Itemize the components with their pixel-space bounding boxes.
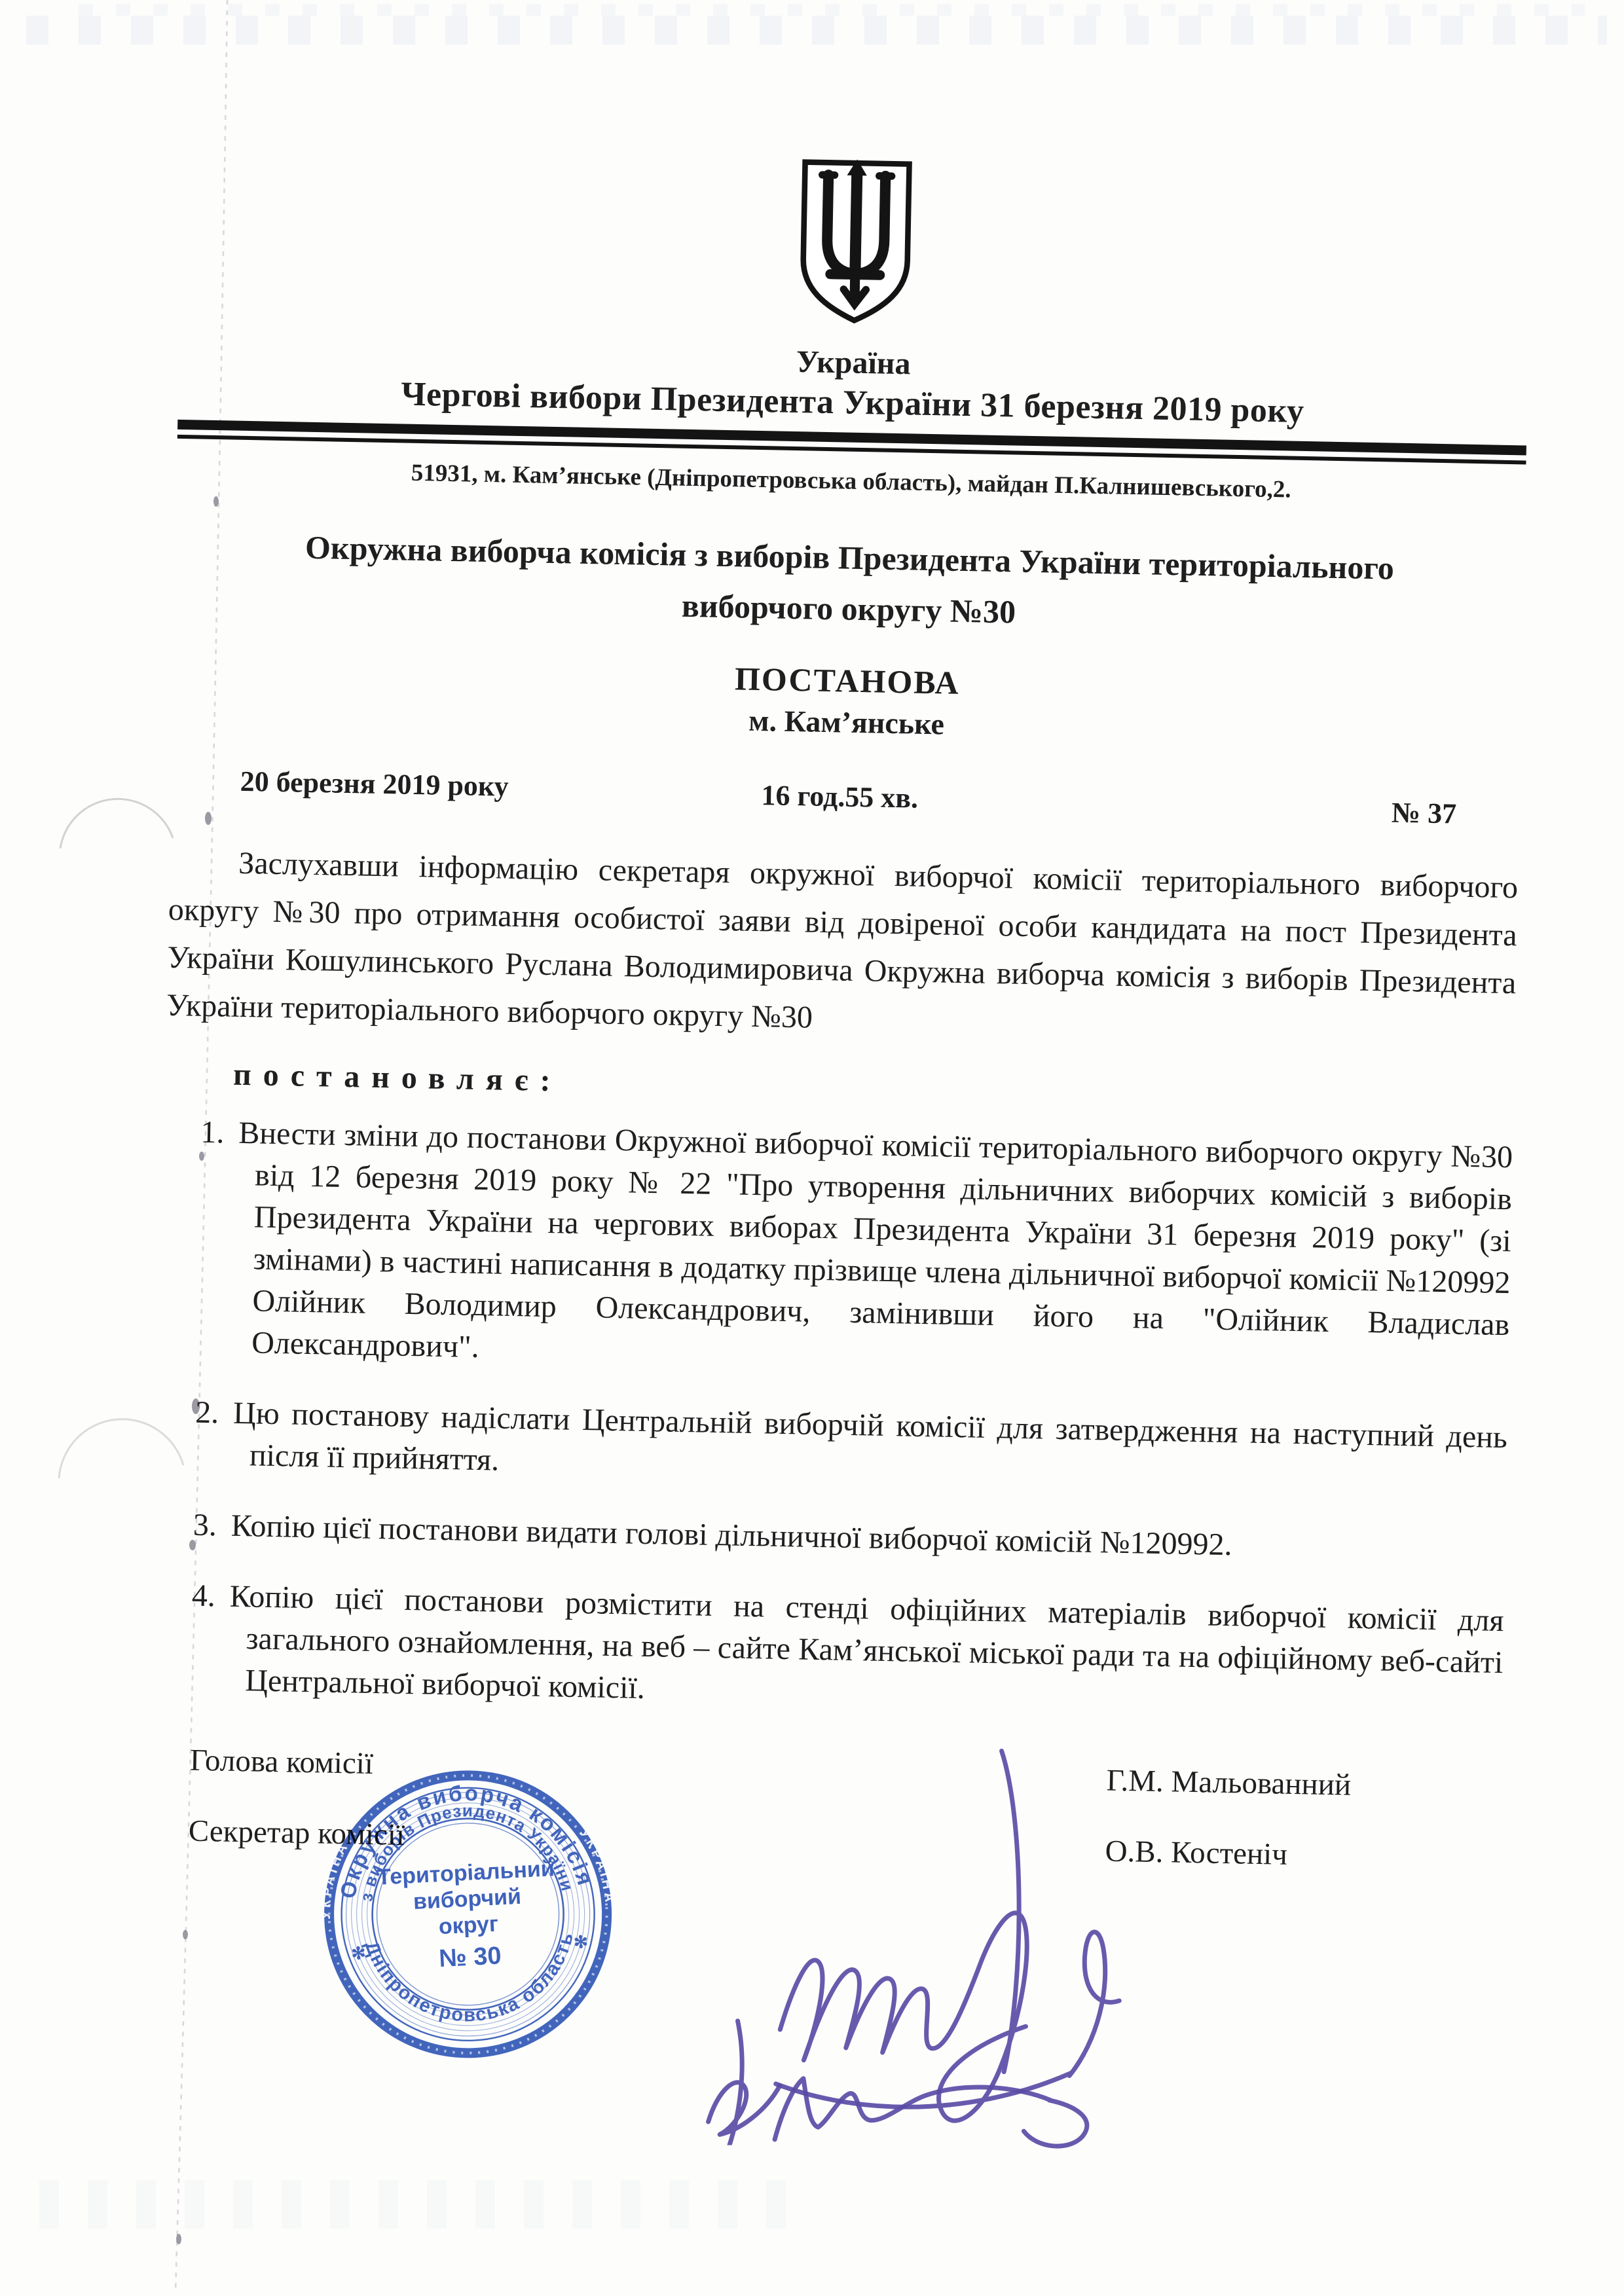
stamp-center-line4: № 30: [438, 1942, 502, 1973]
stamp-star-right-icon: ✻: [573, 1932, 588, 1952]
resolution-item-2: 2.Цю постанову надіслати Центральній виб…: [157, 1391, 1507, 1501]
stamp-center-text: Територіальний виборчий округ № 30: [377, 1856, 559, 1975]
document-number: № 37: [1391, 796, 1456, 831]
scanned-document-page: Україна Чергові вибори Президента Україн…: [0, 0, 1624, 2296]
stamp-center-line3: округ: [438, 1912, 499, 1940]
date-row: 20 березня 2019 року 16 год.55 хв. № 37: [170, 763, 1520, 831]
resolution-item-3: 3.Копію цієї постанови видати голові діл…: [156, 1504, 1505, 1572]
commission-address: 51931, м. Кам’янське (Дніпропетровська о…: [176, 454, 1525, 509]
item-text: Внести зміни до постанови Окружної вибор…: [238, 1116, 1513, 1364]
resolution-items: 1.Внести зміни до постанови Окружної виб…: [153, 1111, 1513, 1726]
document-content: Україна Чергові вибори Президента Україн…: [150, 124, 1532, 1879]
item-text: Цю постанову надіслати Центральній вибор…: [233, 1396, 1508, 1478]
stamp-center-line1: Територіальний: [377, 1856, 555, 1890]
stamp-center-line2: виборчий: [413, 1884, 522, 1914]
scan-noise-band-bottom: [39, 2180, 812, 2229]
resolution-item-1: 1.Внести зміни до постанови Окружної виб…: [160, 1111, 1513, 1388]
chairman-signature: [775, 1747, 1124, 2124]
item-number: 4.: [191, 1578, 215, 1614]
ukraine-trident-emblem-icon: [792, 155, 919, 331]
round-stamp: Окружна виборча комісія з виборів Презид…: [312, 1768, 624, 2061]
scan-arc-artifact-1: [60, 799, 173, 848]
commission-title: Окружна виборча комісія з виборів Презид…: [174, 519, 1524, 647]
preamble-paragraph: Заслухавши інформацію секретаря окружної…: [166, 838, 1518, 1055]
stamp-and-signatures-overlay: Окружна виборча комісія з виборів Презид…: [257, 1678, 1314, 2157]
item-number: 1.: [200, 1115, 225, 1150]
scan-noise-band-top-2: [79, 4, 1585, 16]
item-number: 3.: [193, 1508, 217, 1543]
scan-noise-band-top: [26, 16, 1607, 45]
resolves-label: постановляє:: [165, 1055, 1515, 1118]
item-text: Копію цієї постанови видати голові дільн…: [231, 1508, 1232, 1562]
stamp-star-left-icon: ✻: [351, 1943, 366, 1963]
item-number: 2.: [195, 1395, 219, 1430]
document-date: 20 березня 2019 року: [240, 765, 509, 803]
document-time: 16 год.55 хв.: [761, 778, 919, 815]
